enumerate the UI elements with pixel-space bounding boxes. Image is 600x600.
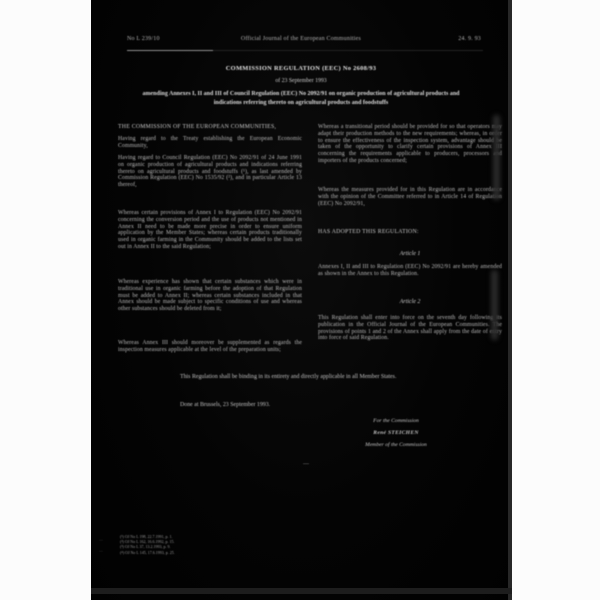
enacting-formula: HAS ADOPTED THIS REGULATION: xyxy=(318,229,502,236)
page-bottom-scan-band xyxy=(91,588,512,594)
header-journal-title: Official Journal of the European Communi… xyxy=(206,36,396,42)
signature-role: Member of the Commission xyxy=(339,439,453,451)
citation-regulation: Having regard to Council Regulation (EEC… xyxy=(118,155,302,189)
regulation-subtitle: amending Annexes I, II and III of Counci… xyxy=(136,90,466,109)
recital-2: Whereas experience has shown that certai… xyxy=(118,279,302,313)
recital-5: Whereas the measures provided for in thi… xyxy=(318,187,502,207)
recital-3: Whereas Annex III should moreover be sup… xyxy=(118,340,302,354)
scan-smudge xyxy=(491,270,498,340)
header-rule xyxy=(127,50,213,51)
page-content: No L 239/10 Official Journal of the Euro… xyxy=(91,0,512,600)
page-scan-edge xyxy=(508,0,512,600)
recital-1: Whereas certain provisions of Annex I to… xyxy=(118,210,302,251)
article-2-text: This Regulation shall enter into force o… xyxy=(318,315,502,342)
signature-name: René STEICHEN xyxy=(339,427,453,439)
footnote: (⁴) OJ No L 145, 17.6.1993, p. 25. xyxy=(120,550,225,555)
preamble-actor: THE COMMISSION OF THE EUROPEAN COMMUNITI… xyxy=(118,124,302,131)
journal-page: No L 239/10 Official Journal of the Euro… xyxy=(91,0,512,600)
article-1-text: Annexes I, II and III to Regulation (EEC… xyxy=(318,264,502,278)
done-at-line: Done at Brussels, 23 September 1993. xyxy=(180,402,400,409)
signature-for-line: For the Commission xyxy=(339,415,453,427)
citation-treaty: Having regard to the Treaty establishing… xyxy=(118,136,302,150)
scanned-document-canvas: No L 239/10 Official Journal of the Euro… xyxy=(0,0,600,600)
page-separator-dash: — xyxy=(286,461,326,467)
recital-4: Whereas a transitional period should be … xyxy=(318,124,502,165)
regulation-date-line: of 23 September 1993 xyxy=(131,78,471,84)
footnote-dash-2: — xyxy=(99,548,117,553)
binding-clause: This Regulation shall be binding in its … xyxy=(180,374,442,381)
article-1-heading: Article 1 xyxy=(318,251,502,257)
regulation-title: COMMISSION REGULATION (EEC) No 2608/93 xyxy=(131,65,471,72)
scan-smudge xyxy=(493,115,500,200)
signature-block: For the Commission René STEICHEN Member … xyxy=(339,415,453,451)
header-date: 24. 9. 93 xyxy=(435,36,481,42)
footnote-dash-1: — xyxy=(99,537,117,542)
article-2-heading: Article 2 xyxy=(318,299,502,305)
footnotes-block: (¹) OJ No L 198, 22.7.1991, p. 1. (²) OJ… xyxy=(120,534,225,555)
